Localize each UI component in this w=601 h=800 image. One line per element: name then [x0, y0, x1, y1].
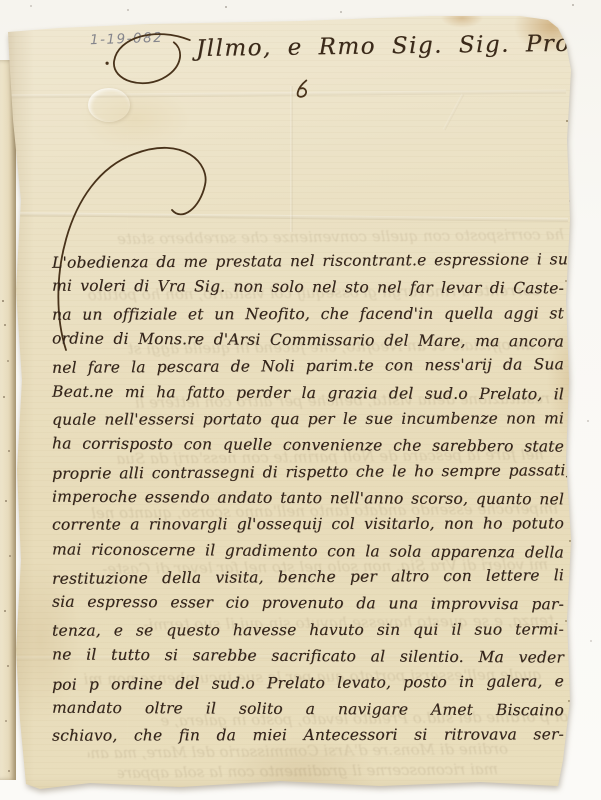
letter-line: tenza, e se questo havesse havuto sin qu…	[52, 616, 564, 644]
letter-line: nel fare la pescara de Noli parim.te con…	[52, 352, 564, 382]
letter-line: restituzione della visita, benche per al…	[52, 562, 564, 592]
letter-line: ha corrisposto con quelle convenienze ch…	[52, 431, 564, 460]
scanner-dust	[225, 6, 227, 8]
fold-crease	[443, 94, 464, 131]
salutation-descender-stroke	[292, 78, 316, 104]
letter-line: mandato oltre il solito a navigare Amet …	[52, 695, 564, 724]
letter-line: mi voleri di Vra Sig. non solo nel sto n…	[52, 273, 564, 302]
letter-sheet-wrapper: 1-19-082 Jllmo, e Rmo Sig. Sig. Pron Col…	[0, 0, 601, 800]
letter-body: L'obedienza da me prestata nel riscontra…	[52, 248, 564, 749]
letter-line: L'obedienza da me prestata nel riscontra…	[52, 246, 564, 276]
letter-line: proprie alli contrassegni di rispetto ch…	[52, 457, 564, 487]
letter-line: ne il tutto si sarebbe sacrificato al si…	[52, 642, 564, 671]
letter-line: schiavo, che fin da miei Antecessori si …	[52, 722, 564, 750]
letter-sheet: 1-19-082 Jllmo, e Rmo Sig. Sig. Pron Col…	[0, 0, 601, 800]
letter-line: na un offiziale et un Neofito, che facen…	[52, 300, 564, 328]
paper-edge-specks	[566, 120, 568, 122]
letter-line: sia espresso esser cio provenuto da una …	[52, 589, 564, 618]
manuscript-scan: 1-19-082 Jllmo, e Rmo Sig. Sig. Pron Col…	[0, 0, 601, 800]
letter-line: Beat.ne mi ha fatto perder la grazia del…	[52, 378, 564, 407]
salutation-text: Jllmo, e Rmo Sig. Sig. Pron Colmo	[196, 29, 601, 62]
letter-line: imperoche essendo andato tanto nell'anno…	[52, 484, 564, 513]
bleed-through-line: mai riconoscerne il gradimento con la so…	[118, 760, 498, 782]
letter-line: ordine di Mons.re d'Arsi Commissario del…	[52, 325, 564, 354]
letter-line: mai riconoscerne il gradimento con la so…	[52, 536, 564, 565]
letter-line: corrente a rinovargli gl'ossequij col vi…	[52, 511, 564, 539]
letter-line: quale nell'essersi portato qua per le su…	[52, 405, 564, 433]
opening-flourish	[104, 26, 205, 93]
fold-crease	[290, 86, 293, 232]
salutation-line: Jllmo, e Rmo Sig. Sig. Pron Colmo	[104, 19, 575, 90]
letter-line: poi p ordine del sud.o Prelato levato, p…	[52, 668, 564, 698]
